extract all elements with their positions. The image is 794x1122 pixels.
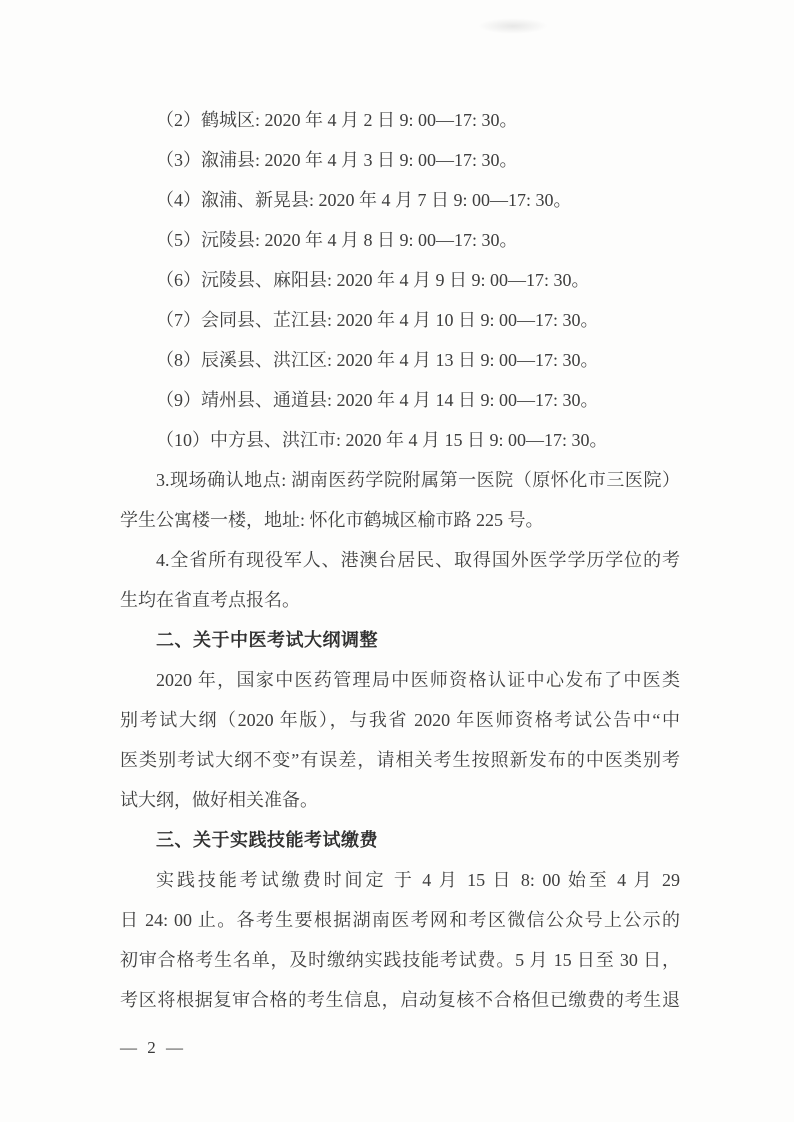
paragraph-confirm-location-line-1: 3.现场确认地点: 湖南医药学院附属第一医院（原怀化市三医院）	[120, 460, 680, 500]
paragraph-special-registrants-line-2: 生均在省直考点报名。	[120, 580, 680, 620]
list-item-confirm-date-7: （7）会同县、芷江县: 2020 年 4 月 10 日 9: 00—17: 30…	[120, 300, 680, 340]
list-item-confirm-date-2: （2）鹤城区: 2020 年 4 月 2 日 9: 00—17: 30。	[120, 100, 680, 140]
paragraph-tcm-syllabus-line-2: 别考试大纲（2020 年版），与我省 2020 年医师资格考试公告中“中	[120, 700, 680, 740]
paragraph-skill-exam-fee-line-2: 日 24: 00 止。各考生要根据湖南医考网和考区微信公众号上公示的	[120, 900, 680, 940]
paragraph-skill-exam-fee-line-3: 初审合格考生名单，及时缴纳实践技能考试费。5 月 15 日至 30 日，	[120, 940, 680, 980]
document-body: （2）鹤城区: 2020 年 4 月 2 日 9: 00—17: 30。 （3）…	[120, 100, 680, 1020]
list-item-confirm-date-3: （3）溆浦县: 2020 年 4 月 3 日 9: 00—17: 30。	[120, 140, 680, 180]
list-item-confirm-date-5: （5）沅陵县: 2020 年 4 月 8 日 9: 00—17: 30。	[120, 220, 680, 260]
document-page: （2）鹤城区: 2020 年 4 月 2 日 9: 00—17: 30。 （3）…	[0, 0, 794, 1122]
paragraph-tcm-syllabus-line-1: 2020 年，国家中医药管理局中医师资格认证中心发布了中医类	[120, 660, 680, 700]
list-item-confirm-date-4: （4）溆浦、新晃县: 2020 年 4 月 7 日 9: 00—17: 30。	[120, 180, 680, 220]
paragraph-confirm-location-line-2: 学生公寓楼一楼，地址: 怀化市鹤城区榆市路 225 号。	[120, 500, 680, 540]
paragraph-tcm-syllabus-line-3: 医类别考试大纲不变”有误差，请相关考生按照新发布的中医类别考	[120, 740, 680, 780]
page-number: — 2 —	[120, 1036, 186, 1060]
list-item-confirm-date-9: （9）靖州县、通道县: 2020 年 4 月 14 日 9: 00—17: 30…	[120, 380, 680, 420]
paragraph-tcm-syllabus-line-4: 试大纲，做好相关准备。	[120, 780, 680, 820]
scan-artifact	[478, 18, 548, 34]
list-item-confirm-date-6: （6）沅陵县、麻阳县: 2020 年 4 月 9 日 9: 00—17: 30。	[120, 260, 680, 300]
paragraph-skill-exam-fee-line-1: 实践技能考试缴费时间定 于 4 月 15 日 8: 00 始至 4 月 29	[120, 860, 680, 900]
list-item-confirm-date-8: （8）辰溪县、洪江区: 2020 年 4 月 13 日 9: 00—17: 30…	[120, 340, 680, 380]
section-heading-tcm-syllabus: 二、关于中医考试大纲调整	[120, 620, 680, 660]
paragraph-skill-exam-fee-line-4: 考区将根据复审合格的考生信息，启动复核不合格但已缴费的考生退	[120, 980, 680, 1020]
paragraph-special-registrants-line-1: 4.全省所有现役军人、港澳台居民、取得国外医学学历学位的考	[120, 540, 680, 580]
list-item-confirm-date-10: （10）中方县、洪江市: 2020 年 4 月 15 日 9: 00—17: 3…	[120, 420, 680, 460]
section-heading-skill-exam-fee: 三、关于实践技能考试缴费	[120, 820, 680, 860]
